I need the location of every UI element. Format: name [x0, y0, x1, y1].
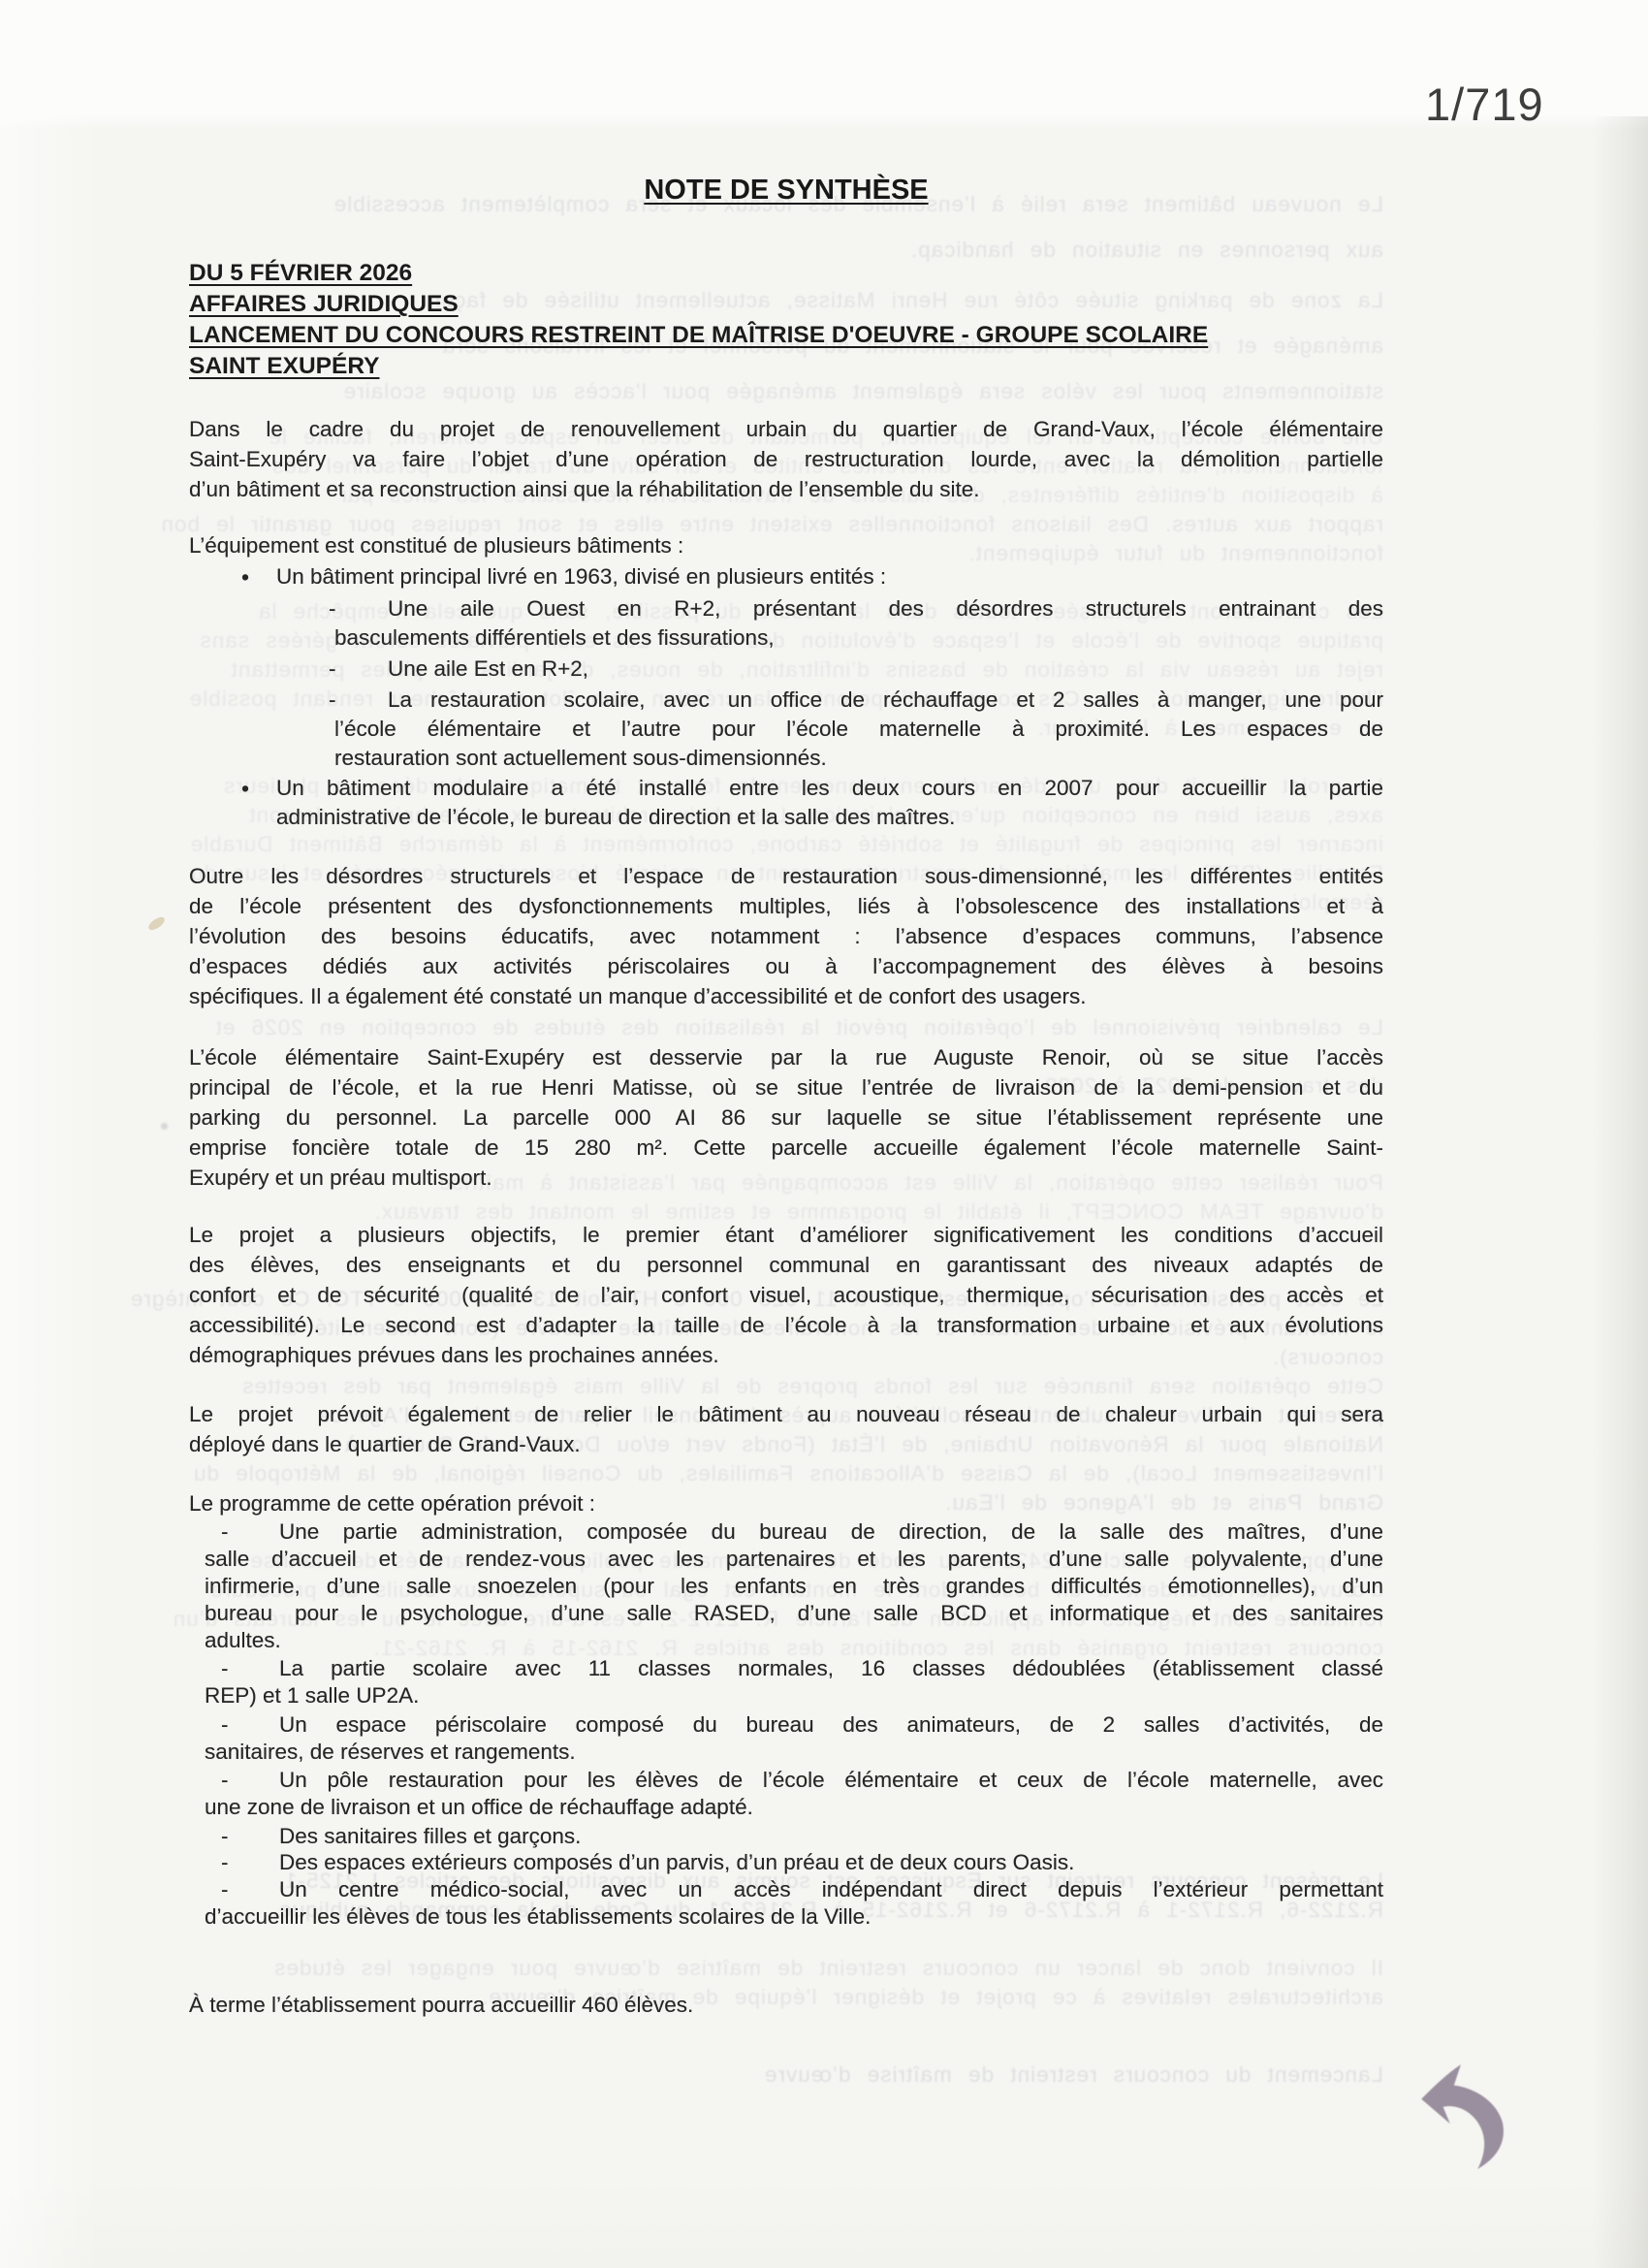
dash-marker: - — [329, 655, 336, 684]
dash-marker: - — [329, 594, 336, 623]
text-line: Un bâtiment principal livré en 1963, div… — [276, 562, 1383, 591]
text-line: confort et de sécurité (qualité de l’air… — [189, 1280, 1383, 1310]
text-line: infirmerie, d’une salle snoezelen (pour … — [205, 1573, 1383, 1600]
text-line: déployé dans le quartier de Grand-Vaux. — [189, 1429, 1383, 1459]
heading-line: AFFAIRES JURIDIQUES — [189, 289, 459, 320]
text-line: Outre les désordres structurels et l’esp… — [189, 861, 1383, 891]
text-line: La restauration scolaire, avec un office… — [334, 686, 1383, 715]
heading-line: LANCEMENT DU CONCOURS RESTREINT DE MAÎTR… — [189, 320, 1208, 351]
text-line: Une aile Ouest en R+2, présentant des dé… — [334, 594, 1383, 623]
text-line: À terme l’établissement pourra accueilli… — [189, 1990, 1383, 2020]
text-line: Saint-Exupéry va faire l’objet d’une opé… — [189, 444, 1383, 474]
paper-dot-mark — [161, 1123, 168, 1130]
sub-list-item: -Une aile Est en R+2, — [189, 655, 1383, 684]
text-line: Un pôle restauration pour les élèves de … — [205, 1767, 1383, 1794]
text-line: l’école élémentaire et l’autre pour l’éc… — [334, 715, 1383, 744]
sub-list-item: -La restauration scolaire, avec un offic… — [189, 686, 1383, 773]
text-line: une zone de livraison et un office de ré… — [205, 1794, 1383, 1821]
dash-marker: - — [221, 1655, 229, 1682]
text-line: l’évolution des besoins éducatifs, avec … — [189, 921, 1383, 951]
dash-list-item: -Des espaces extérieurs composés d’un pa… — [189, 1849, 1383, 1876]
dash-marker: - — [221, 1518, 229, 1546]
text-line: REP) et 1 salle UP2A. — [205, 1682, 1383, 1709]
text-line: parking du personnel. La parcelle 000 AI… — [189, 1102, 1383, 1133]
dash-list-item: -Une partie administration, composée du … — [189, 1518, 1383, 1654]
dash-list-item: -La partie scolaire avec 11 classes norm… — [189, 1655, 1383, 1709]
dash-marker: - — [221, 1767, 229, 1794]
paragraph: L’école élémentaire Saint-Exupéry est de… — [189, 1042, 1383, 1193]
paper-smudge-mark — [146, 914, 167, 932]
text-line: Une partie administration, composée du b… — [205, 1518, 1383, 1546]
paragraph: L’équipement est constitué de plusieurs … — [189, 530, 1383, 560]
sub-list-item: -Une aile Ouest en R+2, présentant des d… — [189, 594, 1383, 653]
bullet-icon: • — [241, 562, 249, 591]
dash-list-item: -Un pôle restauration pour les élèves de… — [189, 1767, 1383, 1821]
text-line: principal de l’école, et la rue Henri Ma… — [189, 1072, 1383, 1102]
text-line: restauration sont actuellement sous-dime… — [334, 744, 1383, 773]
text-line: Exupéry et un préau multisport. — [189, 1163, 1383, 1193]
bullet-item: •Un bâtiment modulaire a été installé en… — [189, 774, 1383, 832]
handwritten-curved-arrow-mark — [1413, 2060, 1512, 2170]
paragraph: Le programme de cette opération prévoit … — [189, 1488, 1383, 1518]
bullet-icon: • — [241, 774, 249, 803]
text-line: d’espaces dédiés aux activités périscola… — [189, 951, 1383, 981]
text-line: des élèves, des enseignants et du person… — [189, 1250, 1383, 1280]
paragraph: Le projet prévoit également de relier le… — [189, 1399, 1383, 1459]
text-line: de l’école présentent des dysfonctionnem… — [189, 891, 1383, 921]
text-line: Le programme de cette opération prévoit … — [189, 1488, 1383, 1518]
text-line: La partie scolaire avec 11 classes norma… — [205, 1655, 1383, 1682]
text-line: démographiques prévues dans les prochain… — [189, 1340, 1383, 1370]
text-line: Un centre médico-social, avec un accès i… — [205, 1876, 1383, 1903]
bullet-item: •Un bâtiment principal livré en 1963, di… — [189, 562, 1383, 591]
dash-marker: - — [221, 1711, 229, 1739]
text-line: L’école élémentaire Saint-Exupéry est de… — [189, 1042, 1383, 1072]
paragraph: Le projet a plusieurs objectifs, le prem… — [189, 1220, 1383, 1370]
text-line: accessibilité). Le second est d’adapter … — [189, 1310, 1383, 1340]
text-line: adultes. — [205, 1627, 1383, 1654]
paragraph: Outre les désordres structurels et l’esp… — [189, 861, 1383, 1011]
dash-list-item: -Des sanitaires filles et garçons. — [189, 1823, 1383, 1850]
text-line: bureau pour le psychologue, d’une salle … — [205, 1600, 1383, 1627]
text-line: Des espaces extérieurs composés d’un par… — [205, 1849, 1383, 1876]
text-line: Un bâtiment modulaire a été installé ent… — [276, 774, 1383, 803]
scan-right-edge-shade — [1592, 116, 1648, 2268]
dash-list-item: -Un centre médico-social, avec un accès … — [189, 1876, 1383, 1931]
text-line: Un espace périscolaire composé du bureau… — [205, 1711, 1383, 1739]
document-heading: DU 5 FÉVRIER 2026AFFAIRES JURIDIQUESLANC… — [189, 258, 1383, 382]
document-content-column: NOTE DE SYNTHÈSE DU 5 FÉVRIER 2026AFFAIR… — [189, 0, 1383, 2268]
scanned-document-page: 1/719 Le nouveau bâtiment sera relié à l… — [0, 0, 1648, 2268]
text-line: administrative de l’école, le bureau de … — [276, 803, 1383, 832]
dash-marker: - — [221, 1876, 229, 1903]
text-line: basculements différentiels et des fissur… — [334, 623, 1383, 653]
text-line: sanitaires, de réserves et rangements. — [205, 1739, 1383, 1766]
paragraph: À terme l’établissement pourra accueilli… — [189, 1990, 1383, 2020]
document-title: NOTE DE SYNTHÈSE — [189, 175, 1383, 207]
heading-line: DU 5 FÉVRIER 2026 — [189, 258, 412, 289]
text-line: d’accueillir les élèves de tous les étab… — [205, 1903, 1383, 1931]
dash-list-item: -Un espace périscolaire composé du burea… — [189, 1711, 1383, 1766]
dash-marker: - — [221, 1849, 229, 1876]
text-line: Dans le cadre du projet de renouvellemen… — [189, 414, 1383, 444]
text-line: spécifiques. Il a également été constaté… — [189, 981, 1383, 1011]
document-title-text: NOTE DE SYNTHÈSE — [644, 175, 928, 206]
text-line: salle d’accueil et de rendez-vous avec l… — [205, 1546, 1383, 1573]
text-line: d’un bâtiment et sa reconstruction ainsi… — [189, 474, 1383, 504]
dash-marker: - — [221, 1823, 229, 1850]
text-line: Une aile Est en R+2, — [334, 655, 1383, 684]
page-number-stamp: 1/719 — [1425, 78, 1544, 131]
text-line: L’équipement est constitué de plusieurs … — [189, 530, 1383, 560]
heading-line: SAINT EXUPÉRY — [189, 351, 380, 382]
text-line: Des sanitaires filles et garçons. — [205, 1823, 1383, 1850]
text-line: Le projet prévoit également de relier le… — [189, 1399, 1383, 1429]
dash-marker: - — [329, 686, 336, 715]
scan-left-edge-shade — [0, 116, 102, 2268]
text-line: emprise foncière totale de 15 280 m². Ce… — [189, 1133, 1383, 1163]
paragraph: Dans le cadre du projet de renouvellemen… — [189, 414, 1383, 504]
text-line: Le projet a plusieurs objectifs, le prem… — [189, 1220, 1383, 1250]
